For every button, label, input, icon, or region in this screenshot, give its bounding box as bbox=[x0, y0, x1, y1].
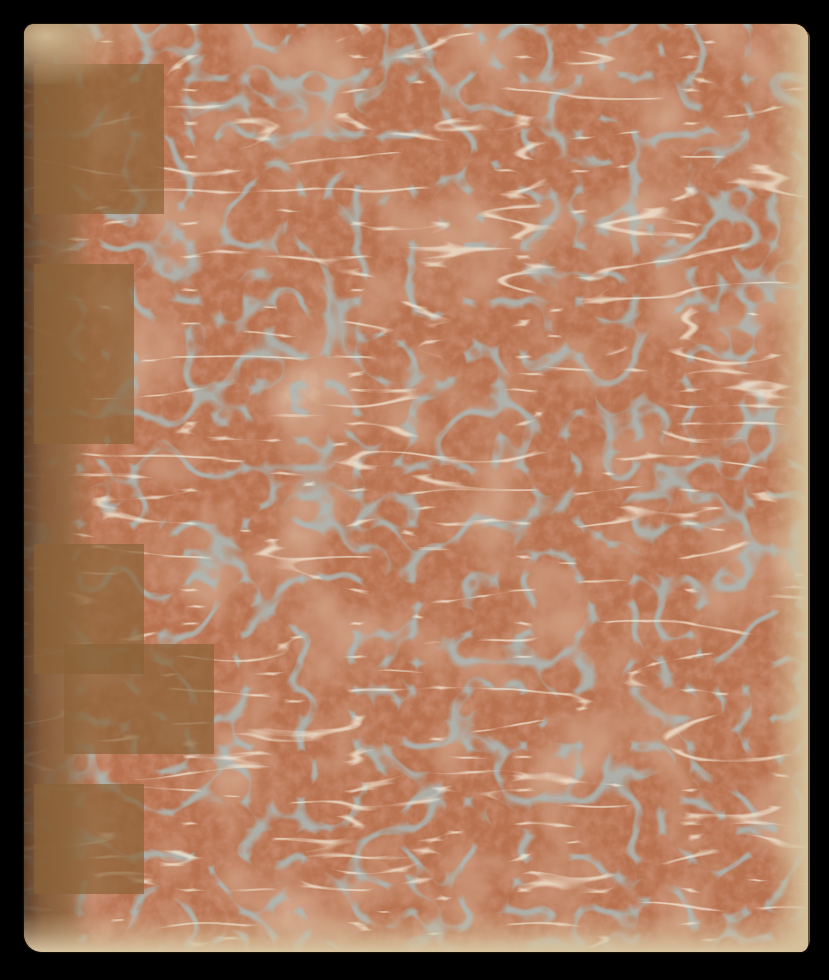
spine-patch bbox=[64, 644, 214, 754]
spine-patch bbox=[34, 784, 144, 894]
spine-patch bbox=[34, 264, 134, 444]
worn-bottom-edge bbox=[24, 912, 808, 952]
spine-patch bbox=[34, 64, 164, 214]
book-cover bbox=[24, 24, 808, 952]
worn-corner bbox=[24, 24, 134, 84]
worn-right-edge bbox=[768, 24, 808, 952]
